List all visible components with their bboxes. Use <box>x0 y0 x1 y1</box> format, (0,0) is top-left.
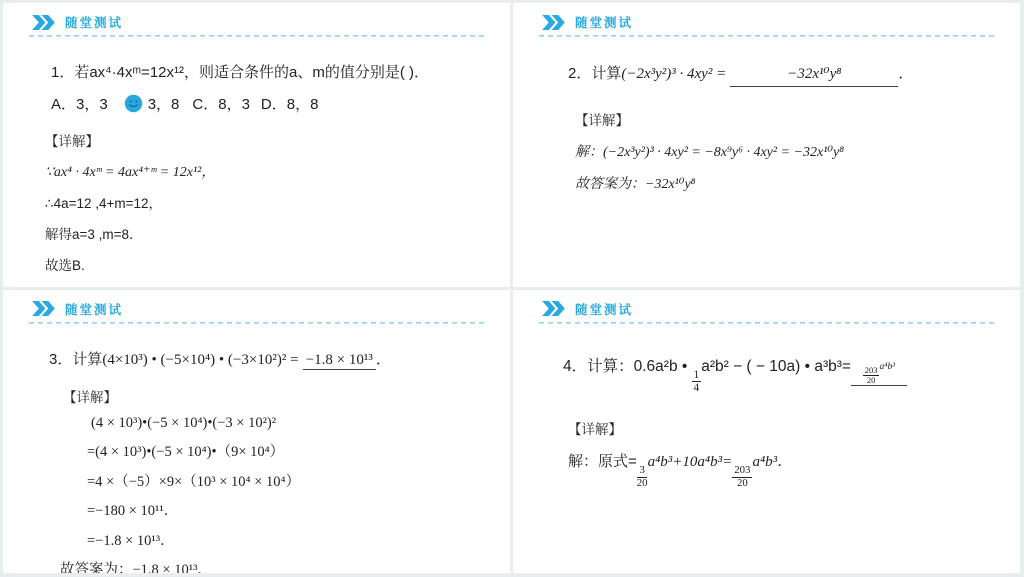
double-chevron-icon <box>541 300 566 317</box>
slide-3-title: 随堂测试 <box>65 300 123 318</box>
solution-line: ∴4a=12 ,4+m=12， <box>45 192 510 212</box>
slide-quiz-4: 随堂测试 4．计算：0.6a²b • 14a²b² − ( − 10a) • a… <box>513 290 1020 574</box>
question-2-math: (−2x³y²)³ · 4xy² = <box>621 66 726 82</box>
dashed-divider <box>539 35 996 37</box>
solution-line: (4 × 10³)•(−5 × 10⁴)•(−3 × 10²)² <box>91 415 510 432</box>
slide-1-header: 随堂测试 <box>31 13 510 31</box>
double-chevron-icon <box>31 14 56 31</box>
slide-3-header: 随堂测试 <box>31 300 510 318</box>
question-4-text: 4．计算：0.6a²b • 14a²b² − ( − 10a) • a³b³=2… <box>563 354 1006 394</box>
dashed-divider <box>29 35 486 37</box>
slide-quiz-2: 随堂测试 2．计算(−2x³y²)³ · 4xy² = −32x¹⁰y⁸． 【详… <box>513 3 1020 287</box>
option-b-values: 3，8 <box>148 93 180 114</box>
solution-tail: a⁴b³． <box>752 454 792 470</box>
dashed-divider <box>29 322 486 324</box>
answer-tail: a⁴b³ <box>879 362 895 372</box>
question-3-lead: 3．计算 <box>49 351 102 368</box>
slide-grid: 随堂测试 1．若ax⁴·4xᵐ=12x¹²，则适合条件的a、m的值分别是( )．… <box>0 0 1024 577</box>
dashed-divider <box>539 322 996 324</box>
question-3-tail: ． <box>376 351 391 368</box>
slide-2-title: 随堂测试 <box>575 13 633 31</box>
detail-label: 【详解】 <box>568 418 1020 438</box>
answer-value: 20320a⁴b³ <box>863 361 895 372</box>
solution-line: =−1.8 × 10¹³． <box>87 529 510 550</box>
solution-line: 故答案为：−32x¹⁰y⁸ <box>575 173 1020 193</box>
slide-4-title: 随堂测试 <box>575 300 633 318</box>
detail-label: 【详解】 <box>63 386 510 406</box>
question-1-options: A．3，3 3，8 C．8，3 D．8，8 <box>51 93 510 114</box>
solution-line: =−180 × 10¹¹． <box>87 499 510 520</box>
option-a: A．3，3 <box>51 93 108 114</box>
option-c: C．8，3 <box>192 93 250 114</box>
option-d: D．8，8 <box>261 93 319 114</box>
solution-line: 解：(−2x³y²)³ · 4xy² = −8x⁹y⁶ · 4xy² = −32… <box>575 141 1020 161</box>
double-chevron-icon <box>541 14 566 31</box>
question-2-tail: ． <box>898 65 913 82</box>
slide-quiz-3: 随堂测试 3．计算(4×10³) • (−5×10⁴) • (−3×10²)² … <box>3 290 510 574</box>
double-chevron-icon <box>31 300 56 317</box>
question-4-mid: a²b² − ( − 10a) • a³b³= <box>701 358 851 375</box>
question-3-math: (4×10³) • (−5×10⁴) • (−3×10²)² = <box>102 352 298 368</box>
question-3-text: 3．计算(4×10³) • (−5×10⁴) • (−3×10²)² = −1.… <box>49 349 496 372</box>
question-2-lead: 2．计算 <box>568 65 621 82</box>
detail-label: 【详解】 <box>575 109 1020 129</box>
question-2-text: 2．计算(−2x³y²)³ · 4xy² = −32x¹⁰y⁸． <box>568 63 1006 87</box>
detail-label: 【详解】 <box>45 130 510 150</box>
solution-line: 故答案为：−1.8 × 10¹³． <box>60 558 510 573</box>
solution-line: =(4 × 10³)•(−5 × 10⁴)•（9× 10⁴） <box>87 440 510 461</box>
slide-quiz-1: 随堂测试 1．若ax⁴·4xᵐ=12x¹²，则适合条件的a、m的值分别是( )．… <box>3 3 510 287</box>
solution-line: 解得a=3 ,m=8． <box>45 223 510 243</box>
answer-blank: −32x¹⁰y⁸ <box>730 63 898 87</box>
fraction-203-20: 20320 <box>863 366 880 385</box>
solution-line: 解：原式=320a⁴b³+10a⁴b³=20320a⁴b³． <box>568 450 1020 489</box>
answer-blank: 20320a⁴b³ <box>851 354 907 387</box>
question-4-lead: 4．计算：0.6a²b • <box>563 358 687 375</box>
solution-line: ∵ax⁴ · 4xᵐ = 4ax⁴⁺ᵐ = 12x¹²， <box>45 161 510 181</box>
solution-line: =4 ×（−5）×9×（10³ × 10⁴ × 10⁴） <box>87 470 510 491</box>
smiley-face-icon <box>124 94 143 113</box>
solution-mid: a⁴b³+10a⁴b³= <box>648 454 733 470</box>
slide-4-header: 随堂测试 <box>541 300 1020 318</box>
slide-2-header: 随堂测试 <box>541 13 1020 31</box>
fraction-203-20: 20320 <box>732 465 752 489</box>
fraction-one-quarter: 14 <box>692 369 702 394</box>
question-1-text: 1．若ax⁴·4xᵐ=12x¹²，则适合条件的a、m的值分别是( )． <box>51 62 492 84</box>
option-b: 3，8 <box>124 93 180 114</box>
answer-value: −1.8 × 10¹³ <box>303 352 376 370</box>
slide-1-title: 随堂测试 <box>65 13 123 31</box>
solution-lead: 解：原式= <box>568 453 637 470</box>
solution-line: 故选B. <box>45 254 510 274</box>
answer-value: −32x¹⁰y⁸ <box>783 66 845 82</box>
fraction-3-20: 320 <box>637 465 648 489</box>
